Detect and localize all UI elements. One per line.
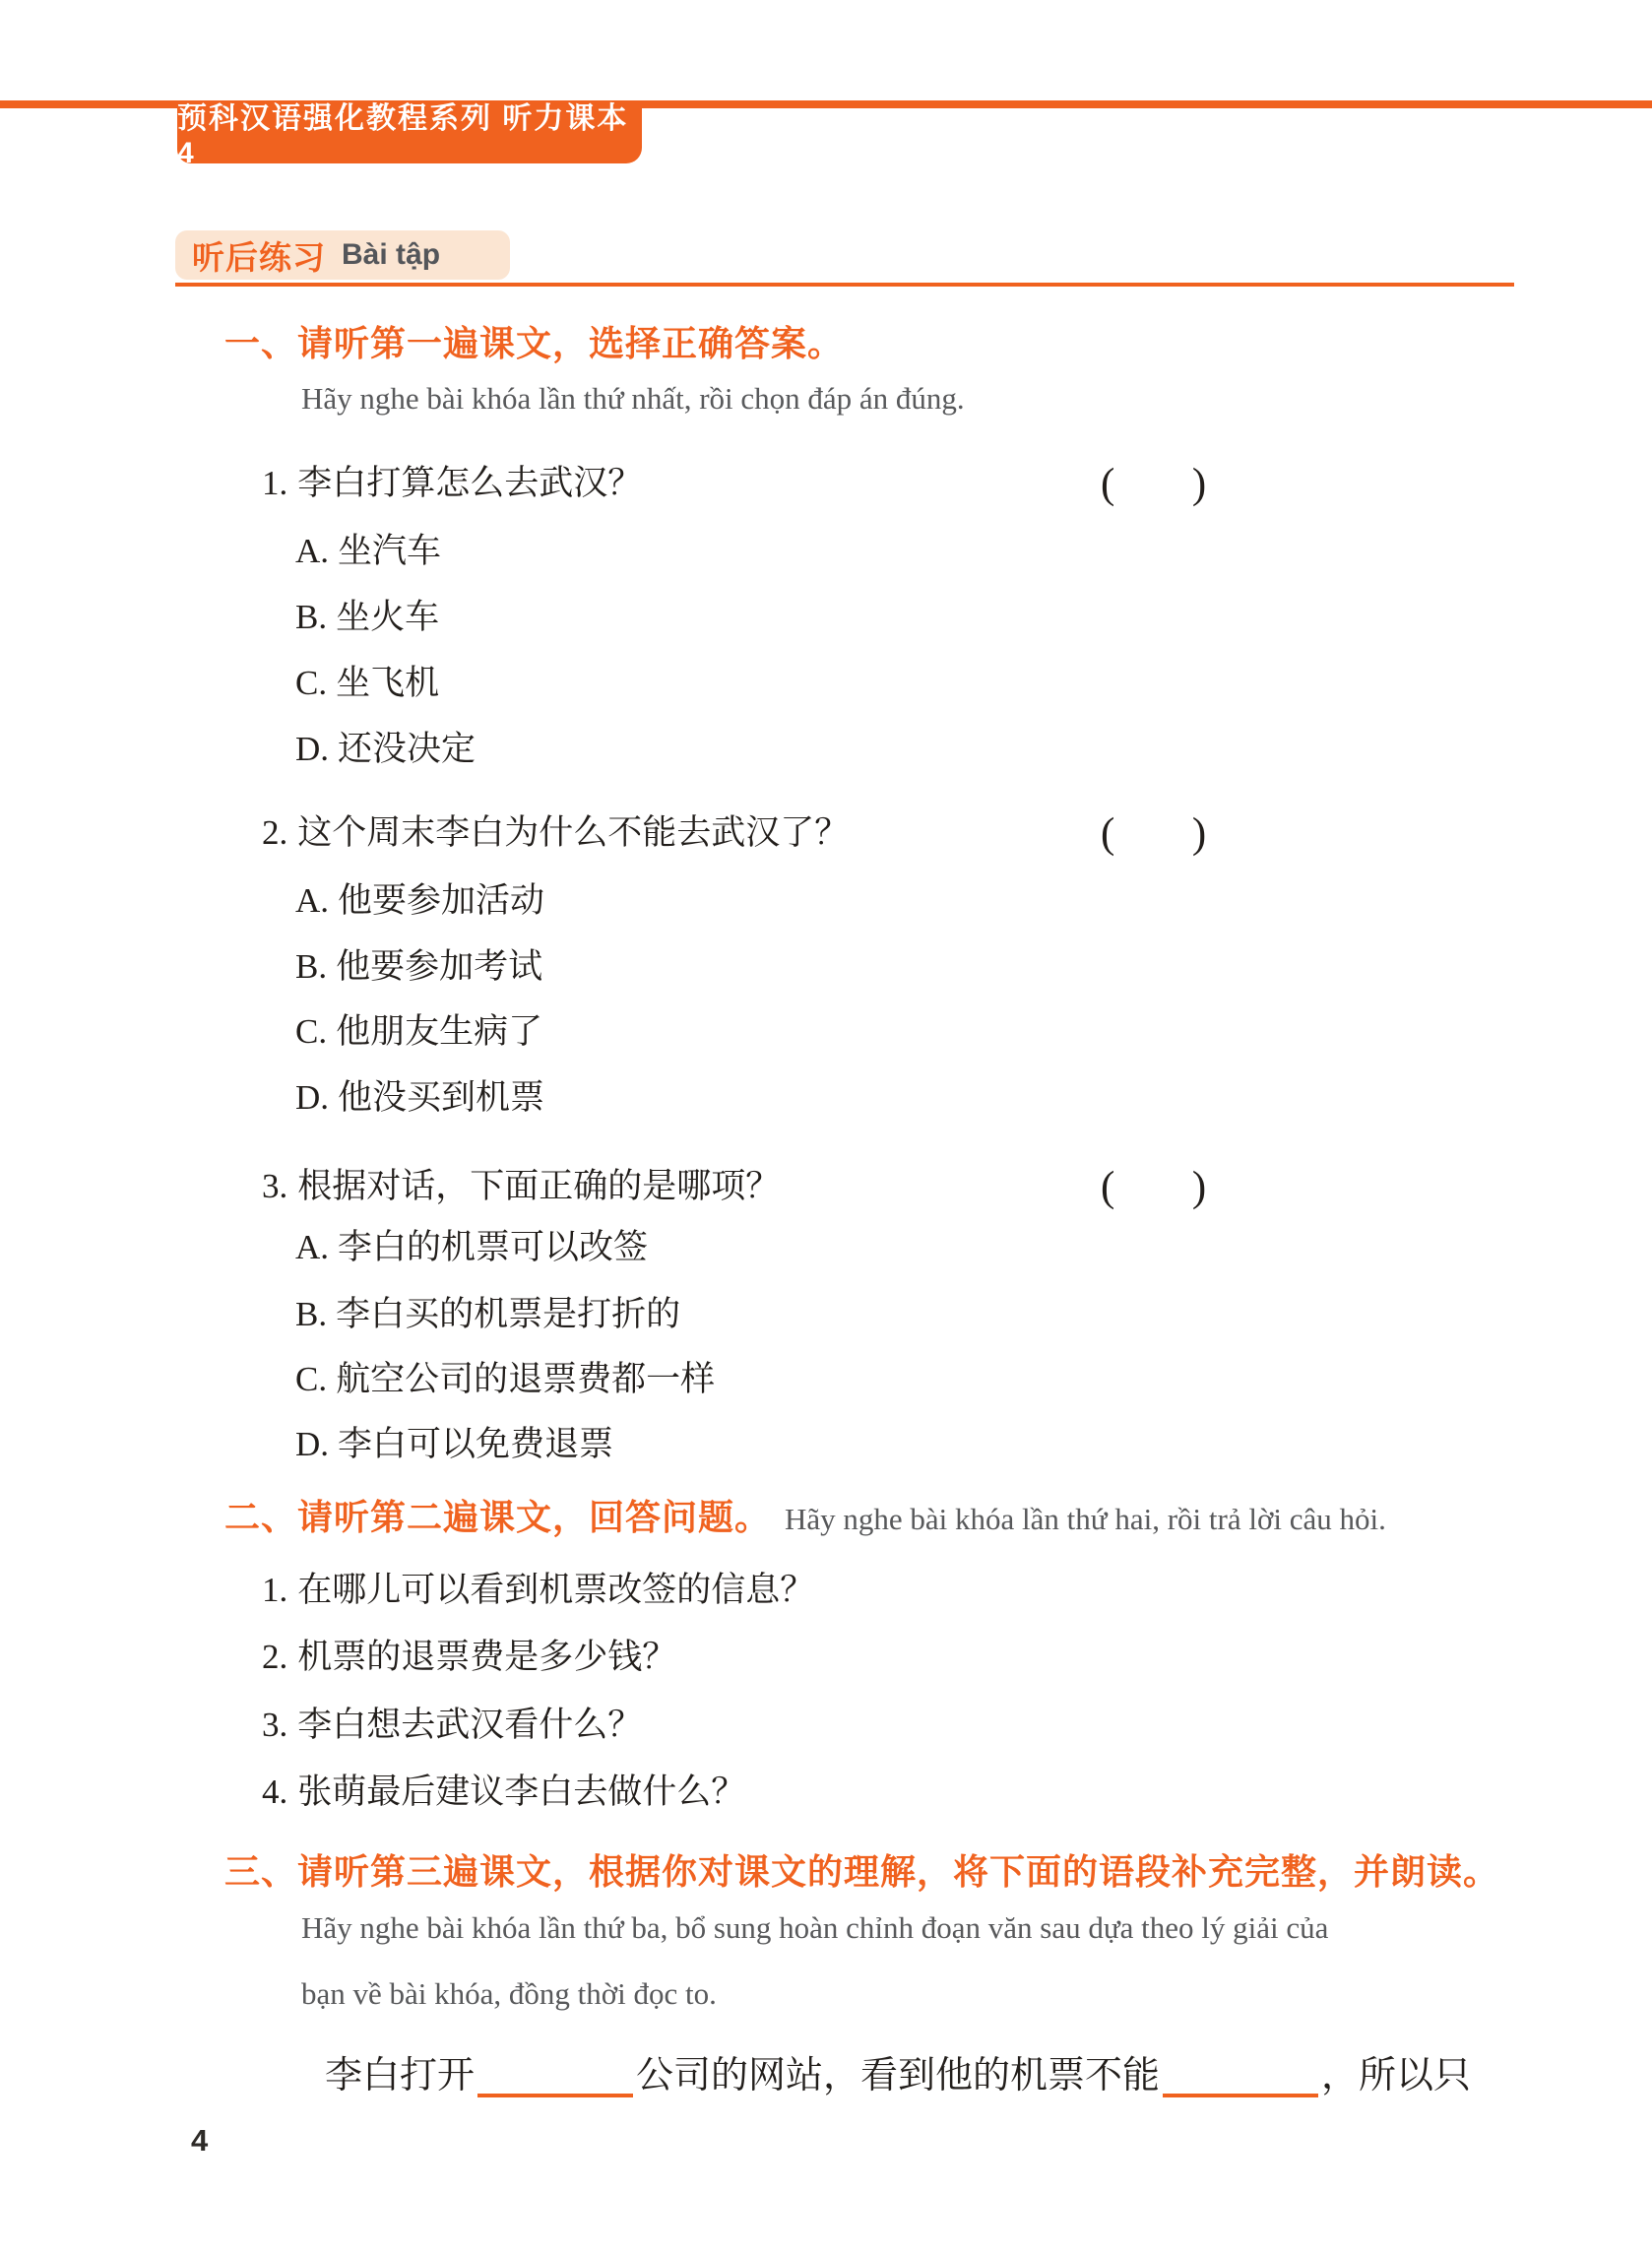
exercise1-q3-option-a: A.李白的机票可以改签 — [295, 1227, 648, 1268]
cloze-paragraph: 李白打开公司的网站，看到他的机票不能，所以只 — [325, 2054, 1471, 2099]
option-label: D. — [295, 1425, 329, 1463]
question-text: 根据对话，下面正确的是哪项？ — [297, 1167, 780, 1205]
option-text: 还没决定 — [338, 730, 476, 768]
exercise2-question-1: 1.在哪儿可以看到机票改签的信息？ — [262, 1570, 814, 1611]
option-label: C. — [295, 664, 327, 702]
option-label: B. — [295, 598, 327, 636]
cloze-segment-2: 公司的网站，看到他的机票不能 — [636, 2055, 1160, 2096]
page-number: 4 — [191, 2123, 208, 2159]
option-label: A. — [295, 1228, 329, 1266]
exercise1-q2-option-d: D.他没买到机票 — [295, 1077, 544, 1119]
question-number: 3. — [262, 1167, 287, 1205]
option-label: B. — [295, 947, 327, 986]
option-label: B. — [295, 1295, 327, 1333]
option-label: C. — [295, 1012, 327, 1051]
question-text: 机票的退票费是多少钱？ — [297, 1638, 676, 1676]
exercise1-question-1: 1.李白打算怎么去武汉？ — [262, 463, 642, 504]
exercise1-q2-option-b: B.他要参加考试 — [295, 946, 542, 988]
answer-brackets-q1: ( ) — [1101, 459, 1208, 510]
option-text: 他要参加活动 — [338, 881, 544, 920]
fill-in-blank-1 — [477, 2068, 633, 2097]
exercise1-q2-option-c: C.他朋友生病了 — [295, 1011, 542, 1053]
cloze-segment-1: 李白打开 — [325, 2055, 475, 2096]
question-number: 1. — [262, 1571, 287, 1609]
exercise2-question-3: 3.李白想去武汉看什么？ — [262, 1705, 642, 1746]
exercise1-question-3: 3.根据对话，下面正确的是哪项？ — [262, 1166, 780, 1207]
question-number: 2. — [262, 813, 287, 852]
question-number: 3. — [262, 1706, 287, 1744]
option-text: 李白可以免费退票 — [338, 1425, 613, 1463]
answer-brackets-q3: ( ) — [1101, 1162, 1208, 1213]
exercise1-q3-option-d: D.李白可以免费退票 — [295, 1424, 613, 1465]
exercise1-heading: 一、请听第一遍课文，选择正确答案。 — [224, 321, 844, 365]
exercise1-q2-option-a: A.他要参加活动 — [295, 880, 544, 922]
exercise3-subtitle-vi-line1: Hãy nghe bài khóa lần thứ ba, bổ sung ho… — [301, 1909, 1328, 1948]
question-text: 这个周末李白为什么不能去武汉了？ — [297, 813, 849, 852]
exercise2-question-4: 4.张萌最后建议李白去做什么？ — [262, 1772, 745, 1813]
option-label: A. — [295, 532, 329, 570]
option-text: 坐火车 — [336, 598, 439, 636]
exercise2-question-2: 2.机票的退票费是多少钱？ — [262, 1637, 676, 1678]
option-text: 李白的机票可以改签 — [338, 1228, 648, 1266]
option-text: 航空公司的退票费都一样 — [336, 1360, 715, 1398]
question-text: 李白打算怎么去武汉？ — [297, 464, 642, 502]
question-number: 2. — [262, 1638, 287, 1676]
section-badge-zh: 听后练习 — [192, 232, 326, 279]
exercise2-heading: 二、请听第二遍课文，回答问题。 — [224, 1495, 771, 1539]
series-title: 预科汉语强化教程系列 听力课本 4 — [177, 94, 642, 170]
option-text: 坐飞机 — [336, 664, 439, 702]
exercise3-subtitle-vi-line2: bạn về bài khóa, đồng thời đọc to. — [301, 1975, 717, 2014]
question-text: 在哪儿可以看到机票改签的信息？ — [297, 1571, 814, 1609]
question-text: 张萌最后建议李白去做什么？ — [297, 1773, 745, 1811]
exercise3-heading: 三、请听第三遍课文，根据你对课文的理解，将下面的语段补充完整，并朗读。 — [224, 1849, 1499, 1894]
exercise1-q1-option-a: A.坐汽车 — [295, 531, 441, 572]
exercise1-subtitle-vi: Hãy nghe bài khóa lần thứ nhất, rồi chọn… — [301, 380, 965, 419]
exercise2-heading-row: 二、请听第二遍课文，回答问题。 Hãy nghe bài khóa lần th… — [224, 1495, 1386, 1539]
option-text: 李白买的机票是打折的 — [336, 1295, 680, 1333]
question-text: 李白想去武汉看什么？ — [297, 1706, 642, 1744]
option-text: 坐汽车 — [338, 532, 441, 570]
question-number: 4. — [262, 1773, 287, 1811]
answer-brackets-q2: ( ) — [1101, 808, 1208, 860]
orange-divider-rule — [175, 283, 1514, 287]
exercise1-q1-option-b: B.坐火车 — [295, 597, 439, 638]
option-label: A. — [295, 881, 329, 920]
option-label: D. — [295, 1078, 329, 1117]
option-text: 他要参加考试 — [336, 947, 542, 986]
exercise1-q1-option-c: C.坐飞机 — [295, 663, 439, 704]
option-text: 他没买到机票 — [338, 1078, 544, 1117]
exercise1-q3-option-b: B.李白买的机票是打折的 — [295, 1294, 680, 1335]
exercise2-subtitle-vi: Hãy nghe bài khóa lần thứ hai, rồi trả l… — [785, 1501, 1386, 1539]
question-number: 1. — [262, 464, 287, 502]
option-label: C. — [295, 1360, 327, 1398]
option-text: 他朋友生病了 — [336, 1012, 542, 1051]
fill-in-blank-2 — [1163, 2068, 1318, 2097]
cloze-segment-3: ，所以只 — [1321, 2055, 1471, 2096]
exercise1-q3-option-c: C.航空公司的退票费都一样 — [295, 1359, 715, 1400]
exercise1-question-2: 2.这个周末李白为什么不能去武汉了？ — [262, 812, 849, 854]
section-badge-vi: Bài tập — [342, 238, 440, 272]
section-badge: 听后练习 Bài tập — [175, 230, 510, 280]
exercise1-q1-option-d: D.还没决定 — [295, 729, 476, 770]
series-header-badge: 预科汉语强化教程系列 听力课本 4 — [177, 100, 642, 163]
option-label: D. — [295, 730, 329, 768]
